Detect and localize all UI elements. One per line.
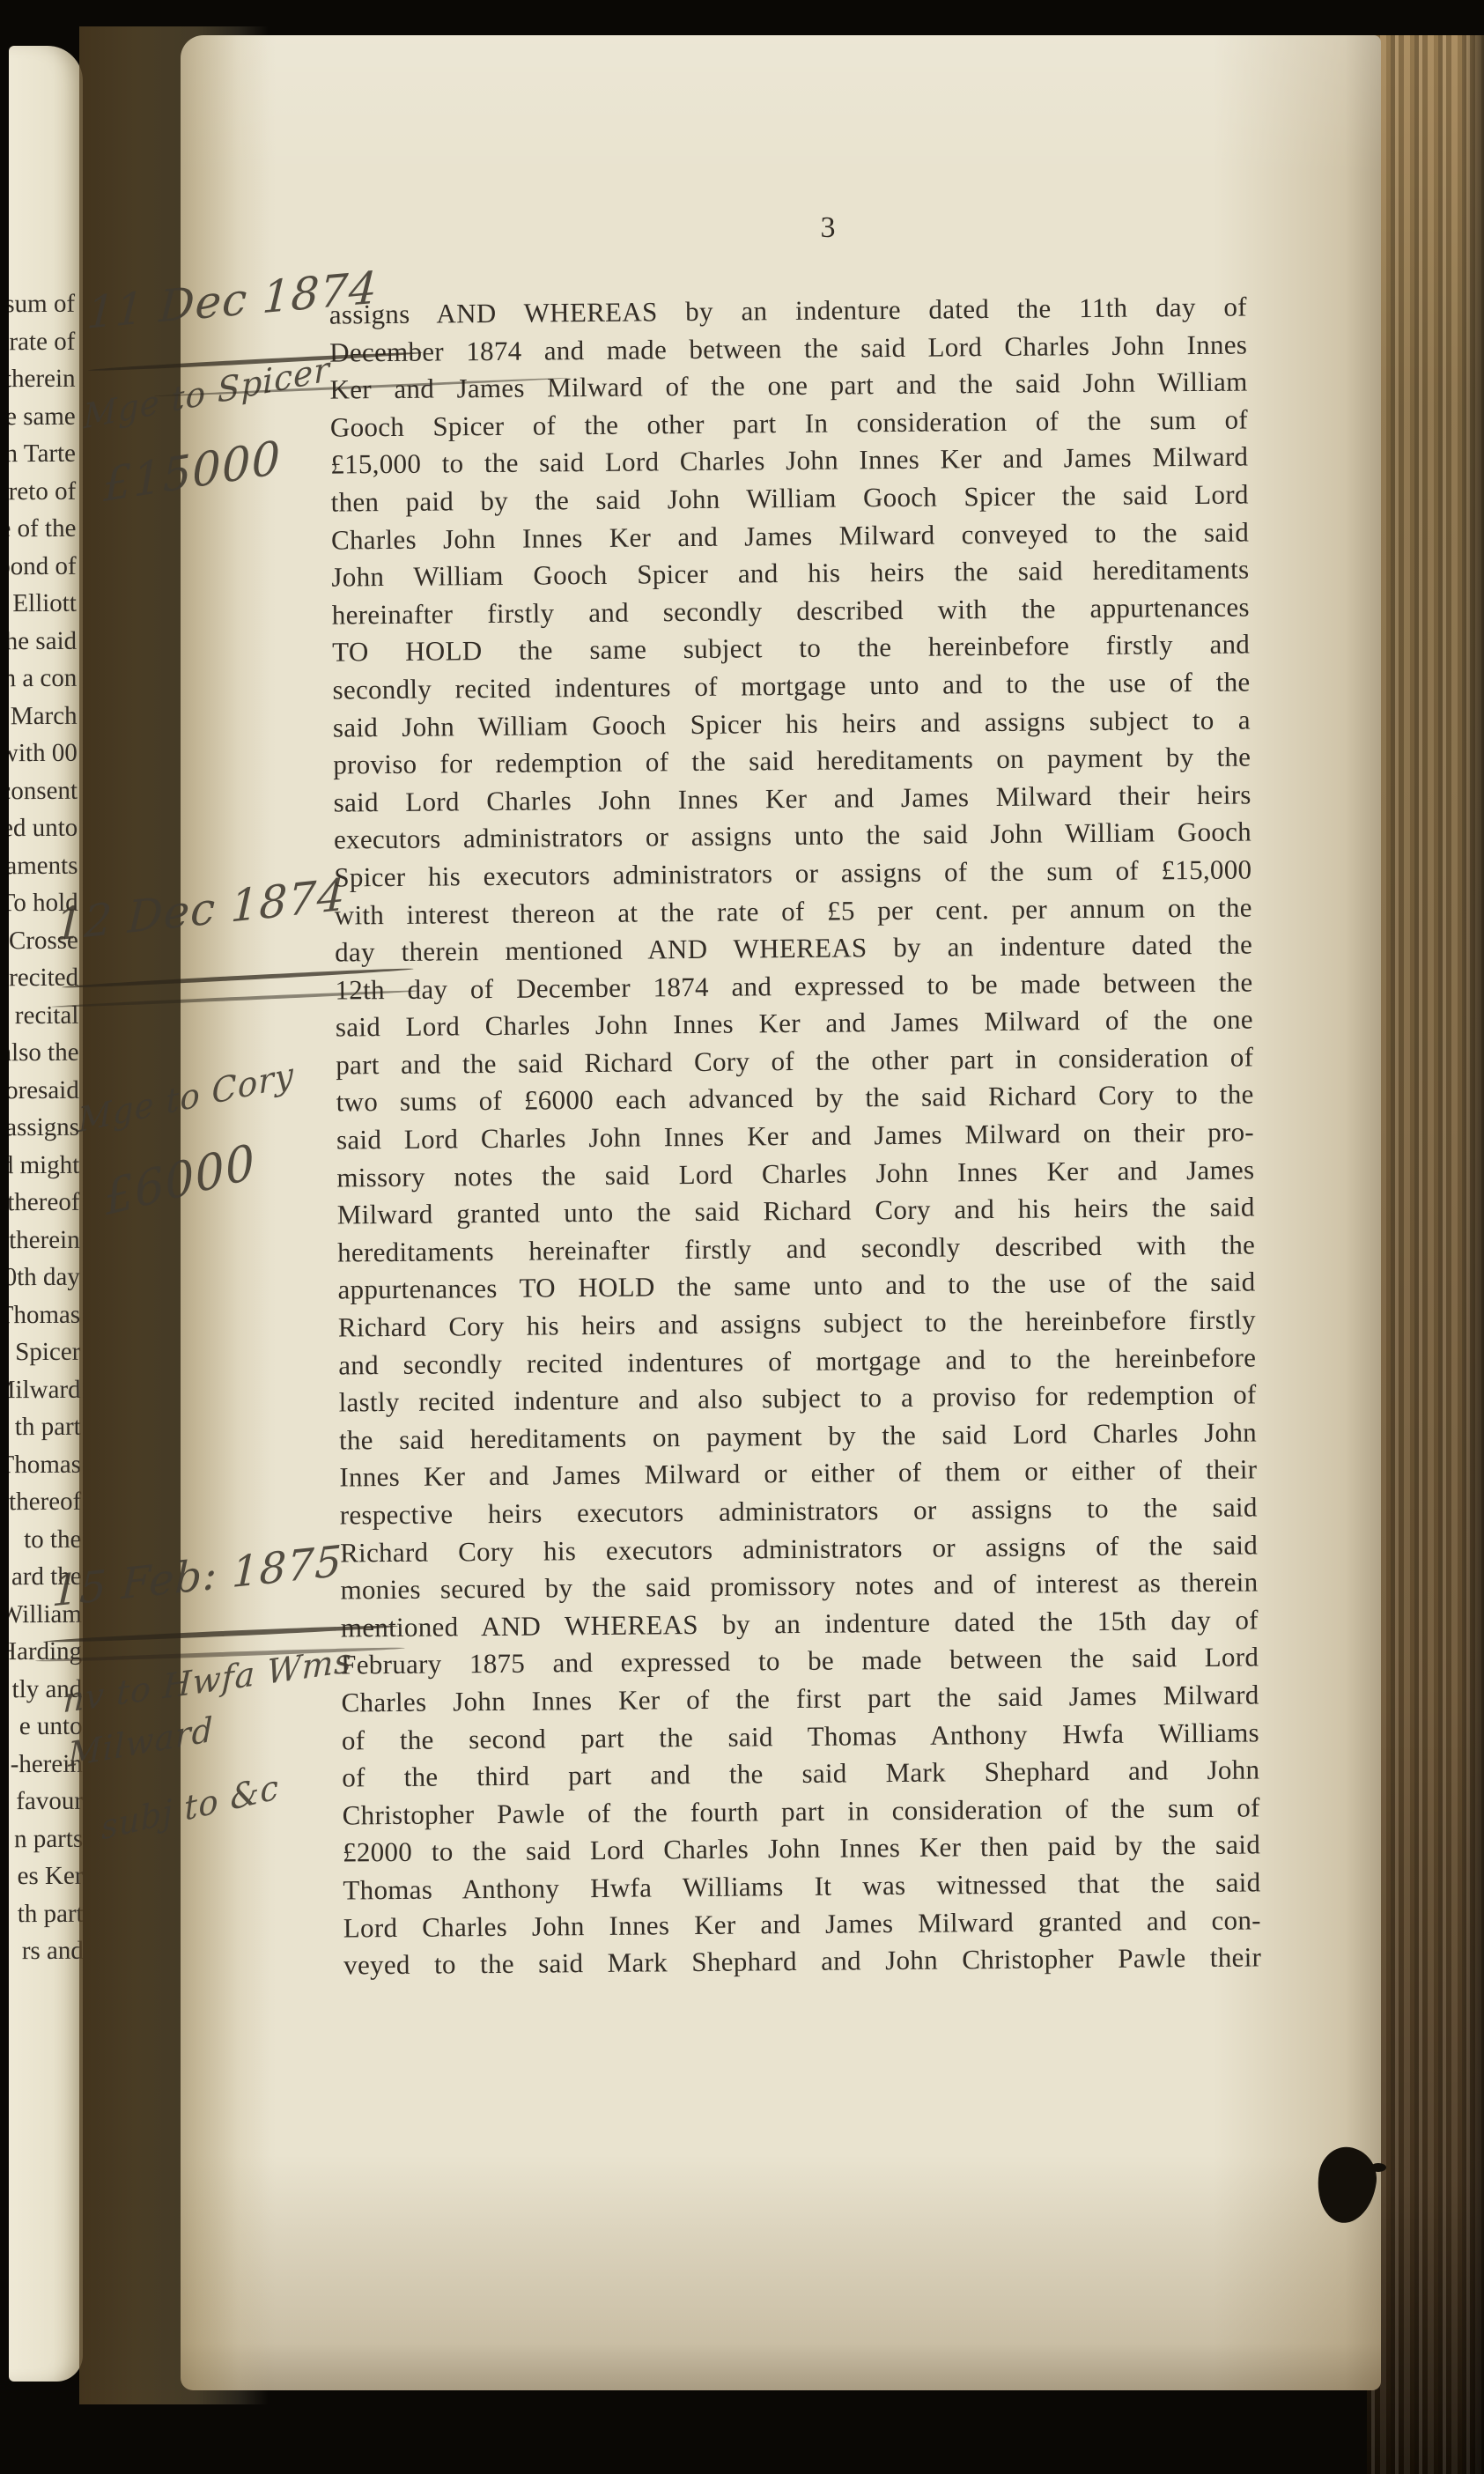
margin-note: subj to &c (100, 1767, 280, 1847)
margin-notes-layer: 11 Dec 1874Mge to Spicer£1500012 Dec 187… (0, 0, 1484, 2474)
margin-note: 11 Dec 1874 (85, 262, 379, 338)
margin-note: 12 Dec 1874 (55, 868, 347, 950)
margin-note: Milward (68, 1710, 213, 1775)
margin-note: 15 Feb: 1875 (51, 1536, 343, 1616)
book-photograph: r sum ofe rate ofs thereinhe samem Tarte… (0, 0, 1484, 2474)
margin-note: Mge to Cory (78, 1055, 295, 1141)
margin-note: £15000 (103, 432, 282, 513)
margin-note: £6000 (101, 1133, 258, 1226)
